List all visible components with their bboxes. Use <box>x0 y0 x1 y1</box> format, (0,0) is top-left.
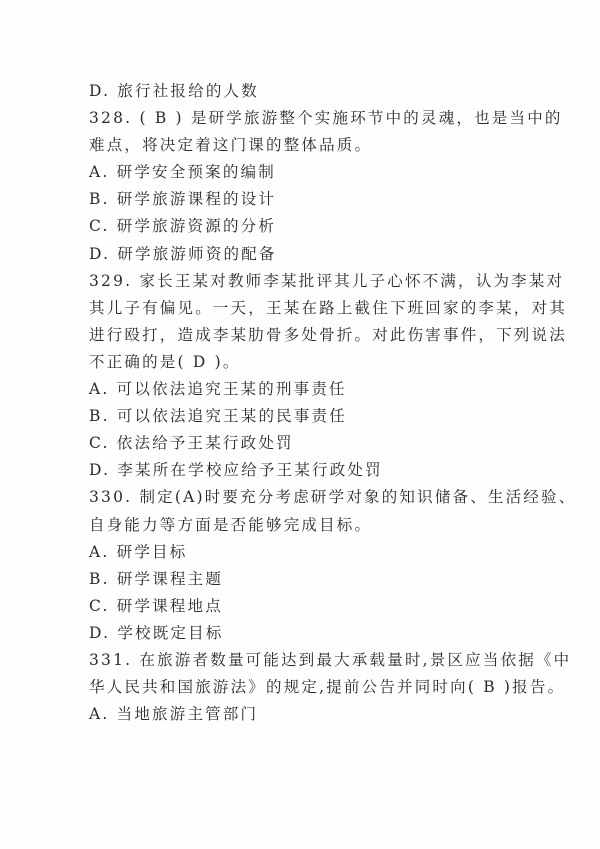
option-line: A. 当地旅游主管部门 <box>89 701 507 728</box>
option-line: B. 可以依法追究王某的民事责任 <box>89 403 507 430</box>
option-line: D. 旅行社报给的人数 <box>89 78 507 105</box>
question-330-cont: 自身能力等方面是否能够完成目标。 <box>89 512 507 539</box>
question-331-cont: 华人民共和国旅游法》的规定,提前公告并同时向( B )报告。 <box>89 674 507 701</box>
question-328-line: 328. ( B ) 是研学旅游整个实施环节中的灵魂，也是当中的 <box>89 105 507 132</box>
document-page: D. 旅行社报给的人数 328. ( B ) 是研学旅游整个实施环节中的灵魂，也… <box>0 0 600 849</box>
question-331-line: 331. 在旅游者数量可能达到最大承载量时,景区应当依据《中 <box>89 647 507 674</box>
question-330-line: 330. 制定(A)时要充分考虑研学对象的知识储备、生活经验、 <box>89 484 507 511</box>
option-line: D. 研学旅游师资的配备 <box>89 241 507 268</box>
option-line: A. 研学安全预案的编制 <box>89 159 507 186</box>
option-line: D. 李某所在学校应给予王某行政处罚 <box>89 457 507 484</box>
exam-content: D. 旅行社报给的人数 328. ( B ) 是研学旅游整个实施环节中的灵魂，也… <box>89 78 507 728</box>
question-328-cont: 难点，将决定着这门课的整体品质。 <box>89 132 507 159</box>
option-line: B. 研学旅游课程的设计 <box>89 186 507 213</box>
option-line: A. 可以依法追究王某的刑事责任 <box>89 376 507 403</box>
option-line: B. 研学课程主题 <box>89 566 507 593</box>
option-line: C. 研学课程地点 <box>89 593 507 620</box>
question-329-cont: 不正确的是( D )。 <box>89 349 507 376</box>
option-line: D. 学校既定目标 <box>89 620 507 647</box>
option-line: C. 研学旅游资源的分析 <box>89 213 507 240</box>
option-line: C. 依法给予王某行政处罚 <box>89 430 507 457</box>
question-329-line: 329. 家长王某对教师李某批评其儿子心怀不满，认为李某对 <box>89 268 507 295</box>
question-329-cont: 其儿子有偏见。一天，王某在路上截住下班回家的李某，对其 <box>89 295 507 322</box>
option-line: A. 研学目标 <box>89 539 507 566</box>
question-329-cont: 进行殴打，造成李某肋骨多处骨折。对此伤害事件，下列说法 <box>89 322 507 349</box>
